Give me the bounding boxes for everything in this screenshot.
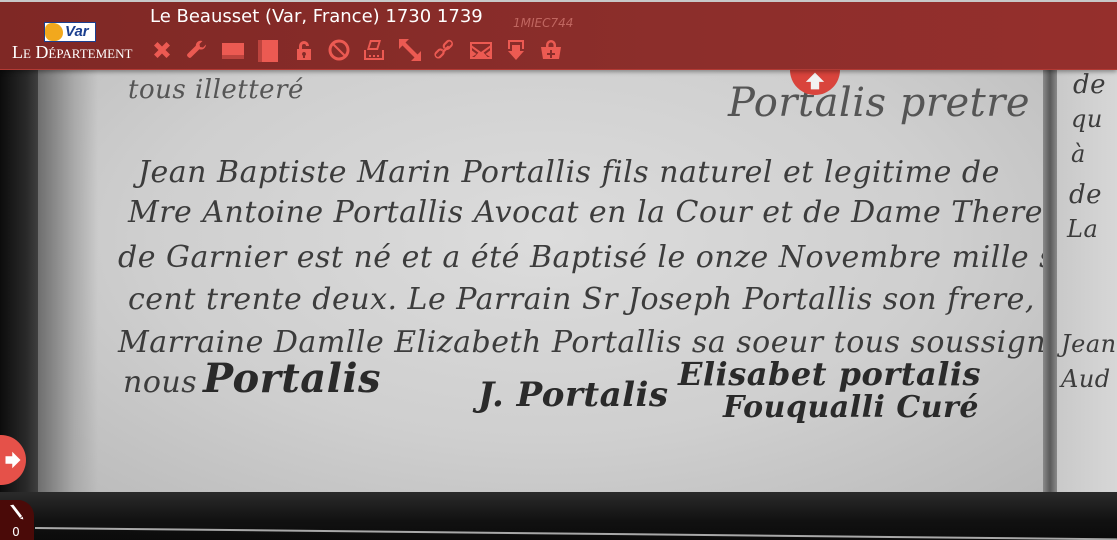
ban-icon <box>327 38 351 62</box>
vertical-layout-icon <box>256 38 280 62</box>
fragment: de <box>1073 70 1106 100</box>
document-viewer[interactable]: tous illetteré Portalis pretre Jean Bapt… <box>0 0 1117 540</box>
signature: Elisabet portalis <box>678 355 981 393</box>
reset-button[interactable] <box>326 37 352 63</box>
logo-text: Le Département <box>12 42 132 63</box>
close-icon <box>150 38 174 62</box>
page-gutter <box>1043 60 1057 500</box>
document-title: Le Beausset (Var, France) 1730 1739 <box>150 6 483 27</box>
mail-icon <box>469 38 493 62</box>
fragment: La <box>1067 215 1098 243</box>
var-map-icon <box>45 23 63 41</box>
fragment: Aud <box>1061 365 1111 393</box>
var-badge-text: Var <box>65 23 89 41</box>
tools-button[interactable] <box>184 37 210 63</box>
annotation-button[interactable]: 0 <box>0 500 34 540</box>
record-line: Mre Antoine Portallis Avocat en la Cour … <box>128 195 1077 230</box>
record-line: de Garnier est né et a été Baptisé le on… <box>118 240 1106 275</box>
lock-button[interactable] <box>291 37 317 63</box>
close-button[interactable] <box>149 37 175 63</box>
record-line: Jean Baptiste Marin Portallis fils natur… <box>138 155 1000 190</box>
print-icon <box>362 38 386 62</box>
fragment: qu <box>1071 105 1103 133</box>
arrow-right-icon <box>4 451 22 469</box>
annotation-count: 0 <box>0 525 32 539</box>
basket-add-icon <box>539 38 563 62</box>
wrench-icon <box>185 38 209 62</box>
horizontal-layout-icon <box>221 38 245 62</box>
lock-icon <box>292 38 316 62</box>
print-button[interactable] <box>361 37 387 63</box>
fullscreen-icon <box>398 38 422 62</box>
fragment: de <box>1069 180 1102 210</box>
toolbar <box>149 36 574 64</box>
arrow-up-icon <box>805 71 825 91</box>
signature: Fouqualli Curé <box>723 390 979 425</box>
department-logo[interactable]: Var Le Département <box>10 20 130 64</box>
fragment: Jean <box>1061 330 1117 358</box>
fragment: à <box>1071 140 1086 168</box>
download-icon <box>504 38 528 62</box>
scanned-page: tous illetteré Portalis pretre Jean Bapt… <box>38 60 1050 500</box>
margin-title: Portalis pretre <box>728 80 1030 126</box>
header-bar: Var Le Département Le Beausset (Var, Fra… <box>0 0 1117 70</box>
record-line: cent trente deux. Le Parrain Sr Joseph P… <box>128 282 1073 317</box>
margin-note: tous illetteré <box>128 75 304 105</box>
signature: J. Portalis <box>478 375 669 415</box>
record-line: nous <box>123 365 197 400</box>
pencil-icon <box>8 504 24 520</box>
permalink-button[interactable] <box>432 37 458 63</box>
email-button[interactable] <box>468 37 494 63</box>
link-icon <box>433 38 457 62</box>
var-badge: Var <box>44 22 96 42</box>
document-reference: 1MIEC744 <box>513 16 573 30</box>
download-button[interactable] <box>503 37 529 63</box>
add-to-basket-button[interactable] <box>538 37 564 63</box>
facing-page: de qu à de La Jean Aud <box>1057 60 1117 510</box>
fullscreen-button[interactable] <box>397 37 423 63</box>
horizontal-layout-button[interactable] <box>220 37 246 63</box>
signature: Portalis <box>203 355 381 402</box>
vertical-layout-button[interactable] <box>255 37 281 63</box>
